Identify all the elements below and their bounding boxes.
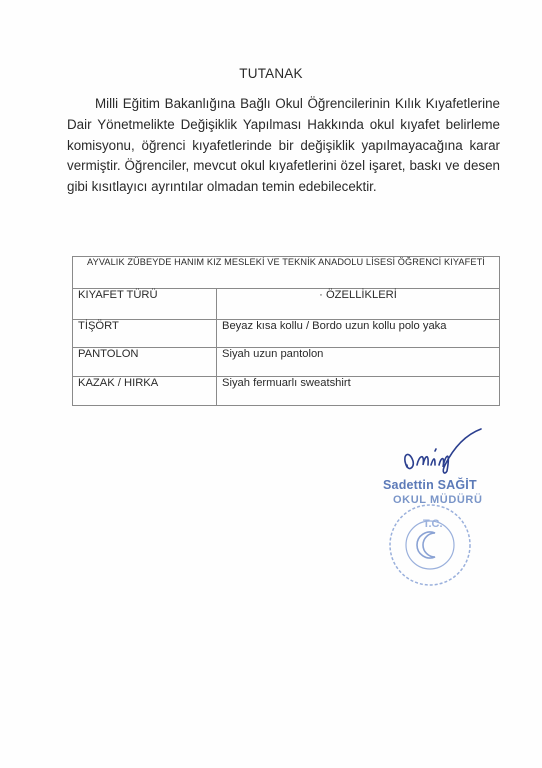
table-row: TİŞÖRT Beyaz kısa kollu / Bordo uzun kol… — [73, 320, 500, 348]
table-row: PANTOLON Siyah uzun pantolon — [73, 348, 500, 377]
row-type: KAZAK / HIRKA — [73, 377, 217, 406]
signatory-title: OKUL MÜDÜRÜ — [393, 494, 483, 506]
official-seal-icon: T.C. — [383, 495, 477, 589]
table-caption-row: AYVALIK ZÜBEYDE HANIM KIZ MESLEKİ VE TEK… — [73, 257, 500, 289]
document-paragraph: Milli Eğitim Bakanlığına Bağlı Okul Öğre… — [67, 94, 500, 198]
table-header-row: KIYAFET TÜRÜ · ÖZELLİKLERİ — [73, 289, 500, 320]
table-row: KAZAK / HIRKA Siyah fermuarlı sweatshirt — [73, 377, 500, 406]
row-features: Siyah uzun pantolon — [217, 348, 500, 377]
row-features: Beyaz kısa kollu / Bordo uzun kollu polo… — [217, 320, 500, 348]
header-features: · ÖZELLİKLERİ — [217, 289, 500, 320]
signatory-name: Sadettin SAĞİT — [383, 478, 477, 492]
signature-scribble-icon — [395, 425, 485, 475]
row-type: TİŞÖRT — [73, 320, 217, 348]
row-type: PANTOLON — [73, 348, 217, 377]
svg-text:T.C.: T.C. — [423, 518, 443, 530]
row-features: Siyah fermuarlı sweatshirt — [217, 377, 500, 406]
uniform-table: AYVALIK ZÜBEYDE HANIM KIZ MESLEKİ VE TEK… — [72, 256, 500, 406]
table-caption: AYVALIK ZÜBEYDE HANIM KIZ MESLEKİ VE TEK… — [73, 257, 500, 289]
document-page: TUTANAK Milli Eğitim Bakanlığına Bağlı O… — [0, 0, 542, 768]
document-title: TUTANAK — [0, 66, 542, 81]
header-clothing-type: KIYAFET TÜRÜ — [73, 289, 217, 320]
